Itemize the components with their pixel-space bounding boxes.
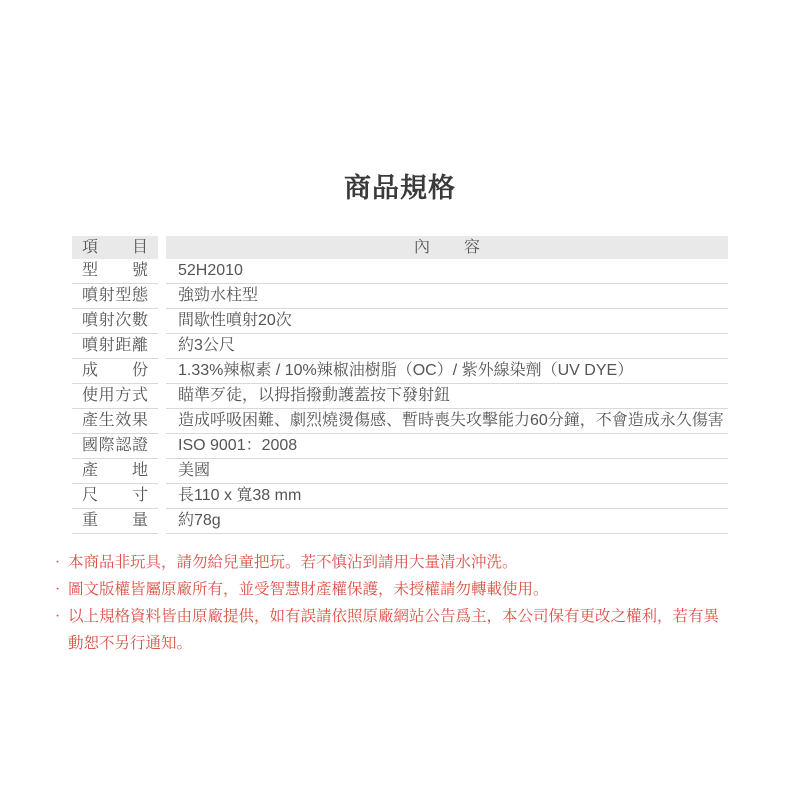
row-value-cell: 造成呼吸困難、劇烈燒燙傷感、暫時喪失攻擊能力60分鐘，不會造成永久傷害 [166,409,728,434]
row-value-cell: 1.33%辣椒素 / 10%辣椒油樹脂（OC）/ 紫外線染劑（UV DYE） [166,359,728,384]
row-label-cell: 成份 [72,359,158,384]
row-label-cell: 噴射次數 [72,309,158,334]
row-value-cell: ISO 9001：2008 [166,434,728,459]
row-label-cell: 產生效果 [72,409,158,434]
row-label-cell: 型號 [72,259,158,284]
row-value-cell: 間歇性噴射20次 [166,309,728,334]
row-label: 產地 [82,459,148,483]
table-row-weight: 重量 約78g [72,509,728,534]
bullet-dot-icon: · [55,576,68,603]
note-item-disclaimer: · 以上規格資料皆由原廠提供，如有誤請依照原廠網站公告爲主，本公司保有更改之權利… [55,603,745,657]
row-label-cell: 噴射型態 [72,284,158,309]
table-row-origin: 產地 美國 [72,459,728,484]
note-item-copyright: · 圖文版權皆屬原廠所有，並受智慧財產權保護，未授權請勿轉載使用。 [55,576,745,603]
row-value: 長110 x 寬38 mm [178,487,301,504]
row-label: 國際認證 [82,434,148,458]
row-label: 產生效果 [82,409,148,433]
spec-table: 項目 內容 型號 52H2010 噴射型態 強勁水柱型 噴射次數 間歇性噴射20… [72,236,728,534]
bullet-dot-icon: · [55,603,68,630]
note-text: 本商品非玩具，請勿給兒童把玩。若不慎沾到請用大量清水沖洗。 [68,549,518,576]
row-value: 瞄準歹徒，以拇指撥動護蓋按下發射鈕 [178,387,450,404]
row-label-cell: 尺寸 [72,484,158,509]
table-row-ingredients: 成份 1.33%辣椒素 / 10%辣椒油樹脂（OC）/ 紫外線染劑（UV DYE… [72,359,728,384]
row-label-cell: 產地 [72,459,158,484]
row-value-cell: 瞄準歹徒，以拇指撥動護蓋按下發射鈕 [166,384,728,409]
table-row-spray-type: 噴射型態 強勁水柱型 [72,284,728,309]
bullet-dot-icon: · [55,549,68,576]
row-label: 重量 [82,509,148,533]
row-value: 造成呼吸困難、劇烈燒燙傷感、暫時喪失攻擊能力60分鐘，不會造成永久傷害 [178,412,724,429]
row-label: 成份 [82,359,148,383]
header-cell-item: 項目 [72,236,158,259]
row-value-cell: 52H2010 [166,259,728,284]
note-text: 以上規格資料皆由原廠提供，如有誤請依照原廠網站公告爲主，本公司保有更改之權利，若… [68,603,728,657]
row-label: 尺寸 [82,484,148,508]
table-row-model: 型號 52H2010 [72,259,728,284]
header-item-label: 項目 [82,236,148,259]
row-label: 噴射型態 [82,284,148,308]
row-value-cell: 美國 [166,459,728,484]
table-row-spray-count: 噴射次數 間歇性噴射20次 [72,309,728,334]
row-label: 噴射次數 [82,309,148,333]
row-value: 1.33%辣椒素 / 10%辣椒油樹脂（OC）/ 紫外線染劑（UV DYE） [178,362,633,379]
row-label: 型號 [82,259,148,283]
note-text: 圖文版權皆屬原廠所有，並受智慧財產權保護，未授權請勿轉載使用。 [68,576,549,603]
row-value-cell: 約3公尺 [166,334,728,359]
table-row-usage: 使用方式 瞄準歹徒，以拇指撥動護蓋按下發射鈕 [72,384,728,409]
row-value-cell: 長110 x 寬38 mm [166,484,728,509]
row-value-cell: 強勁水柱型 [166,284,728,309]
table-row-dimensions: 尺寸 長110 x 寬38 mm [72,484,728,509]
product-spec-page: 商品規格 項目 內容 型號 52H2010 噴射型態 強勁水柱型 噴射次數 間歇… [0,0,800,800]
header-cell-content: 內容 [166,236,728,259]
table-row-certification: 國際認證 ISO 9001：2008 [72,434,728,459]
row-label-cell: 使用方式 [72,384,158,409]
row-value: 52H2010 [178,262,243,279]
table-row-effect: 產生效果 造成呼吸困難、劇烈燒燙傷感、暫時喪失攻擊能力60分鐘，不會造成永久傷害 [72,409,728,434]
row-label-cell: 噴射距離 [72,334,158,359]
note-item-not-a-toy: · 本商品非玩具，請勿給兒童把玩。若不慎沾到請用大量清水沖洗。 [55,549,745,576]
row-value: ISO 9001：2008 [178,437,297,454]
row-label-cell: 重量 [72,509,158,534]
row-label: 使用方式 [82,384,148,408]
row-value: 間歇性噴射20次 [178,312,292,329]
row-value: 強勁水柱型 [178,287,258,304]
row-value: 約78g [178,512,221,529]
header-content-label: 內容 [414,236,480,259]
page-title: 商品規格 [0,0,800,205]
row-value-cell: 約78g [166,509,728,534]
table-header-row: 項目 內容 [72,236,728,259]
notes-list: · 本商品非玩具，請勿給兒童把玩。若不慎沾到請用大量清水沖洗。 · 圖文版權皆屬… [55,549,745,657]
row-value: 美國 [178,462,210,479]
row-label-cell: 國際認證 [72,434,158,459]
table-row-spray-distance: 噴射距離 約3公尺 [72,334,728,359]
row-value: 約3公尺 [178,337,235,354]
row-label: 噴射距離 [82,334,148,358]
